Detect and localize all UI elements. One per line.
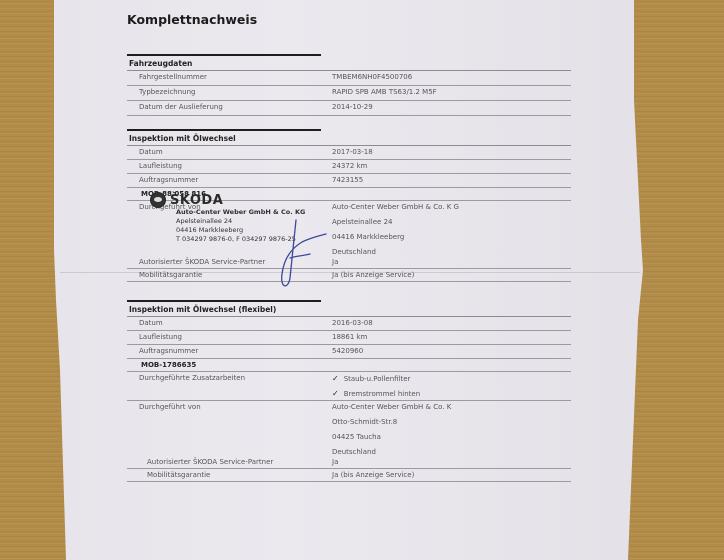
section-inspection-2: Inspektion mit Ölwechsel (flexibel) Datu… — [127, 300, 571, 482]
row-value: Ja — [332, 458, 338, 466]
skoda-logo: ŠKODA — [150, 192, 330, 208]
row-date: Datum 2017-03-18 — [127, 146, 571, 160]
row-value: Ja (bis Anzeige Service) — [332, 471, 414, 479]
row-value: 2016-03-08 — [332, 319, 373, 327]
row-service-partner: Autorisierter ŠKODA Service-Partner Ja — [127, 256, 571, 269]
row-label: Mobilitätsgarantie — [139, 271, 202, 279]
row-order-number: Auftragsnummer 5420960 — [127, 345, 571, 359]
row-label: Datum der Auslieferung — [139, 103, 223, 111]
row-value: TMBEM6NH0F4500706 — [332, 73, 412, 81]
row-label: Auftragsnummer — [139, 347, 198, 355]
row-label: Laufleistung — [139, 333, 182, 341]
document-title: Komplettnachweis — [127, 12, 257, 27]
brand-name: ŠKODA — [170, 193, 223, 208]
extra-work-item: Staub-u.Pollenfilter — [344, 375, 411, 383]
row-order-number: Auftragsnummer 7423155 — [127, 174, 571, 188]
row-mob-number: MOB-1786635 — [127, 359, 571, 372]
section-vehicle-data: Fahrzeugdaten Fahrgestellnummer TMBEM6NH… — [127, 54, 571, 116]
row-value: ✓Staub-u.Pollenfilter ✓Bremstrommel hint… — [332, 374, 420, 404]
row-value: Auto-Center Weber GmbH & Co. K Otto-Schm… — [332, 403, 451, 463]
row-service-partner: Autorisierter ŠKODA Service-Partner Ja — [127, 456, 571, 469]
section-heading: Fahrzeugdaten — [127, 56, 571, 71]
row-label: Durchgeführte Zusatzarbeiten — [139, 374, 245, 382]
check-icon: ✓ — [332, 389, 339, 398]
row-label: Autorisierter ŠKODA Service-Partner — [139, 258, 265, 266]
address-line: Auto-Center Weber GmbH & Co. K G — [332, 203, 459, 218]
row-value: Ja — [332, 258, 338, 266]
row-mobility-guarantee: Mobilitätsgarantie Ja (bis Anzeige Servi… — [127, 269, 571, 282]
row-value: RAPID SPB AMB TS63/1.2 M5F — [332, 88, 437, 96]
row-delivery-date: Datum der Auslieferung 2014-10-29 — [127, 101, 571, 116]
section-heading: Inspektion mit Ölwechsel (flexibel) — [127, 302, 571, 317]
row-label: Autorisierter ŠKODA Service-Partner — [147, 458, 273, 466]
mob-number: MOB-1786635 — [141, 361, 196, 369]
row-value: 24372 km — [332, 162, 367, 170]
row-value: 2017-03-18 — [332, 148, 373, 156]
row-mobility-guarantee: Mobilitätsgarantie Ja (bis Anzeige Servi… — [127, 469, 571, 482]
row-vin: Fahrgestellnummer TMBEM6NH0F4500706 — [127, 71, 571, 86]
row-type: Typbezeichnung RAPID SPB AMB TS63/1.2 M5… — [127, 86, 571, 101]
address-line: Auto-Center Weber GmbH & Co. K — [332, 403, 451, 418]
row-label: Durchgeführt von — [139, 403, 201, 411]
row-performed-by: Durchgeführt von Auto-Center Weber GmbH … — [127, 401, 571, 456]
address-line: Apelsteinallee 24 — [332, 218, 459, 233]
section-heading: Inspektion mit Ölwechsel — [127, 131, 571, 146]
extra-work-item: Bremstrommel hinten — [344, 390, 420, 398]
skoda-arrow-icon — [150, 192, 166, 208]
row-label: Auftragsnummer — [139, 176, 198, 184]
row-value: 2014-10-29 — [332, 103, 373, 111]
row-extra-work: Durchgeführte Zusatzarbeiten ✓Staub-u.Po… — [127, 372, 571, 401]
row-label: Typbezeichnung — [139, 88, 196, 96]
handwritten-signature — [276, 218, 332, 294]
row-value: Auto-Center Weber GmbH & Co. K G Apelste… — [332, 203, 459, 263]
row-label: Datum — [139, 148, 163, 156]
row-value: 18861 km — [332, 333, 367, 341]
row-label: Fahrgestellnummer — [139, 73, 207, 81]
row-value: Ja (bis Anzeige Service) — [332, 271, 414, 279]
address-line: 04416 Markkleeberg — [332, 233, 459, 248]
row-value: 7423155 — [332, 176, 363, 184]
row-value: 5420960 — [332, 347, 363, 355]
check-icon: ✓ — [332, 374, 339, 383]
row-label: Laufleistung — [139, 162, 182, 170]
address-line: 04425 Taucha — [332, 433, 451, 448]
row-mileage: Laufleistung 24372 km — [127, 160, 571, 174]
row-mileage: Laufleistung 18861 km — [127, 331, 571, 345]
address-line: Otto-Schmidt-Str.8 — [332, 418, 451, 433]
row-label: Mobilitätsgarantie — [147, 471, 210, 479]
stamp-firm: Auto-Center Weber GmbH & Co. KG — [176, 208, 330, 217]
row-label: Datum — [139, 319, 163, 327]
row-date: Datum 2016-03-08 — [127, 317, 571, 331]
